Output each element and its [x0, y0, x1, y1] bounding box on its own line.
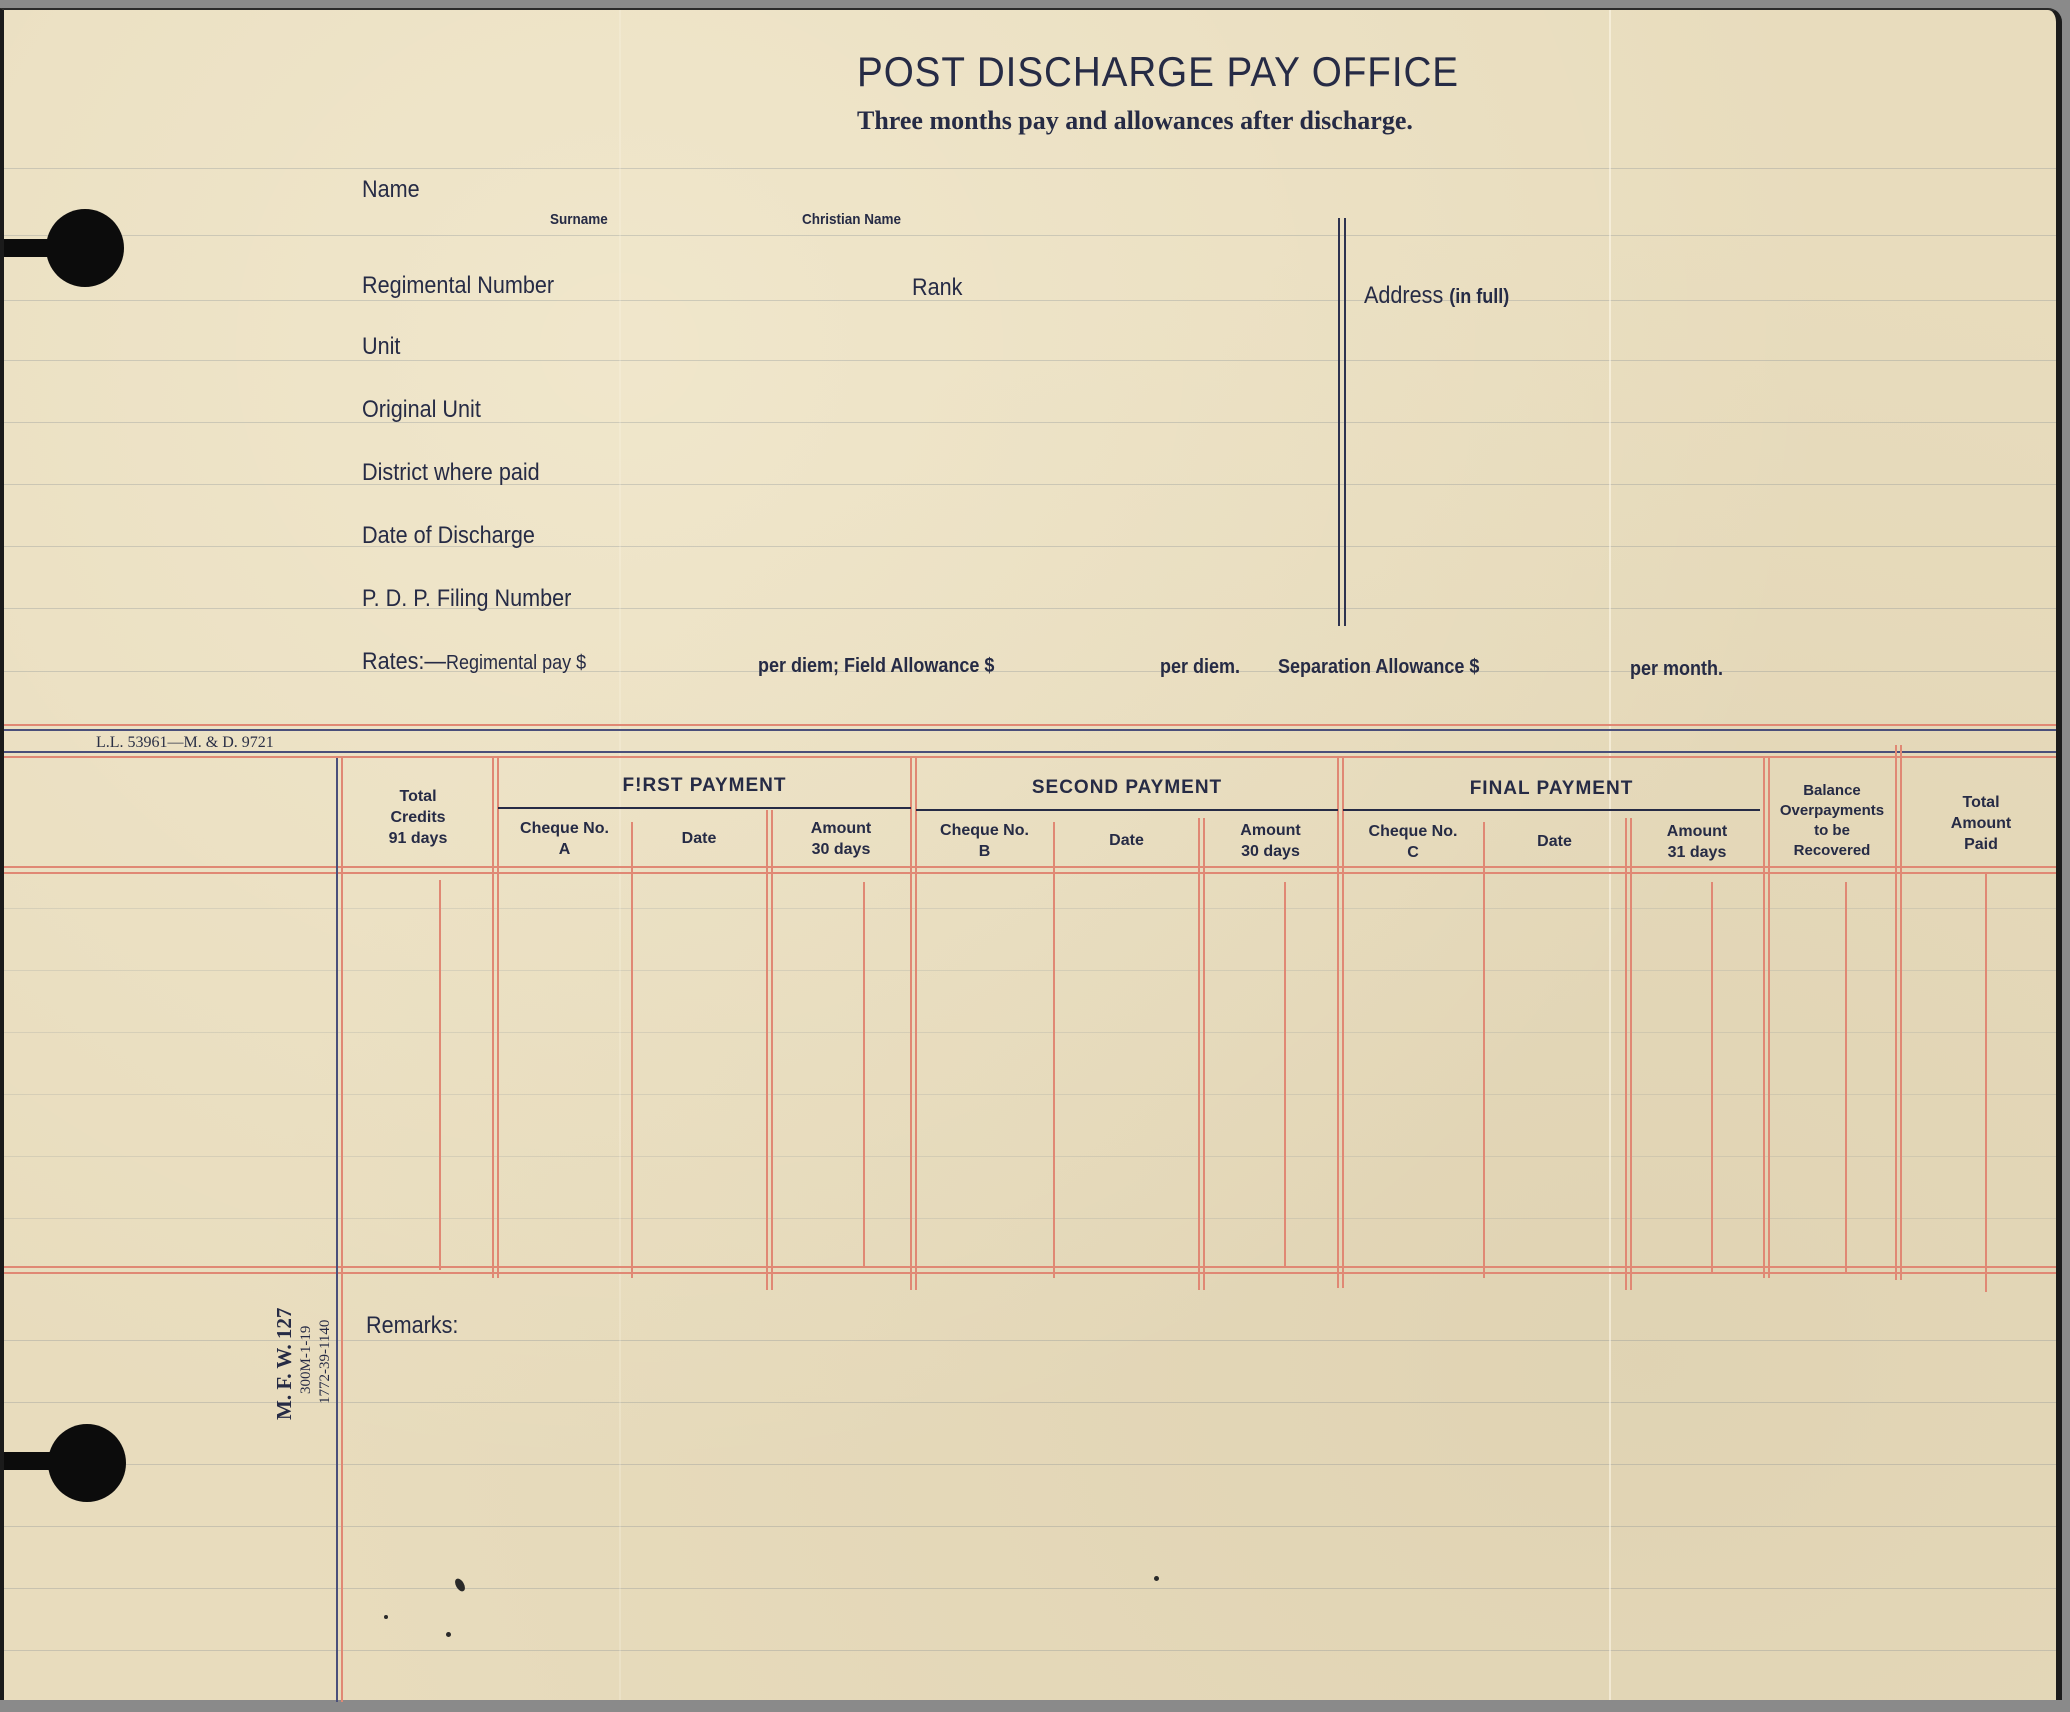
header-first-payment: F!RST PAYMENT — [498, 775, 911, 797]
cents-line — [439, 880, 441, 1270]
form-code-print-run: 300M-1-19 — [298, 1326, 315, 1394]
ruled-line — [4, 671, 2056, 672]
column-divider — [492, 758, 494, 1278]
sub-column-divider — [1483, 822, 1485, 1278]
ink-speck — [1154, 1576, 1159, 1581]
table-header-bottom — [4, 866, 2056, 868]
cents-line — [1985, 872, 1987, 1292]
ruled-line — [4, 422, 2056, 423]
ruled-line — [4, 970, 2056, 971]
table-header-bottom — [4, 872, 2056, 874]
ruled-line — [4, 1526, 2056, 1527]
column-divider — [1763, 758, 1765, 1278]
ruled-line — [4, 1094, 2056, 1095]
label-name: Name — [362, 176, 420, 204]
group-underline-final — [1343, 809, 1760, 811]
label-separation-allowance: Separation Allowance $ — [1278, 656, 1479, 679]
ruled-line — [4, 168, 2056, 169]
ruled-line — [4, 1588, 2056, 1589]
column-divider — [910, 758, 912, 1290]
header-final-payment: FINAL PAYMENT — [1343, 778, 1760, 800]
header-total-amount-paid: Total Amount Paid — [1901, 792, 2061, 855]
margin-line — [341, 758, 343, 1702]
address-divider — [1344, 218, 1346, 626]
ruled-line — [4, 1032, 2056, 1033]
label-regimental-number: Regimental Number — [362, 272, 554, 300]
column-divider — [1895, 745, 1897, 1280]
label-unit: Unit — [362, 333, 400, 361]
ink-speck — [453, 1577, 467, 1593]
sub-column-divider — [1053, 822, 1055, 1278]
sub-column-divider — [1625, 818, 1627, 1290]
header-cheque-c: Cheque No. C — [1343, 821, 1483, 863]
label-date-of-discharge: Date of Discharge — [362, 522, 535, 550]
label-regimental-pay: Regimental pay $ — [446, 652, 586, 674]
header-second-payment: SECOND PAYMENT — [916, 777, 1338, 799]
ink-speck — [384, 1615, 388, 1619]
sub-column-divider — [1203, 818, 1205, 1290]
label-remarks: Remarks: — [366, 1312, 458, 1340]
header-amount-second: Amount 30 days — [1204, 820, 1337, 862]
label-field-allowance: per diem; Field Allowance $ — [758, 655, 994, 678]
sub-column-divider — [771, 810, 773, 1290]
label-surname: Surname — [550, 211, 608, 228]
ruled-line — [4, 235, 2056, 236]
separator-line — [4, 751, 2056, 753]
separator-line — [4, 756, 2056, 758]
label-christian-name: Christian Name — [802, 211, 901, 228]
column-divider — [1337, 758, 1339, 1288]
fold-crease — [1609, 10, 1611, 1700]
rates-line: Rates:—Regimental pay $ — [362, 648, 586, 676]
punch-hole-bottom — [48, 1424, 126, 1502]
punch-hole-top — [46, 209, 124, 287]
page-subtitle: Three months pay and allowances after di… — [857, 106, 1413, 136]
print-code: L.L. 53961—M. & D. 9721 — [96, 734, 274, 752]
ruled-line — [4, 1464, 2056, 1465]
form-sheet: POST DISCHARGE PAY OFFICE Three months p… — [0, 8, 2062, 1700]
header-date-first: Date — [632, 828, 766, 849]
header-amount-final: Amount 31 days — [1631, 821, 1763, 863]
ruled-line — [4, 1650, 2056, 1651]
address-divider — [1338, 218, 1340, 626]
sub-column-divider — [631, 822, 633, 1278]
ruled-line — [4, 1402, 2056, 1403]
sub-column-divider — [766, 810, 768, 1290]
separator-line — [4, 724, 2056, 726]
ruled-line — [4, 300, 2056, 301]
separator-line — [4, 729, 2056, 731]
table-body-bottom — [4, 1272, 2056, 1274]
table-body-bottom — [4, 1266, 2056, 1268]
cents-line — [1711, 882, 1713, 1272]
ruled-line — [4, 608, 2056, 609]
header-total-credits: Total Credits 91 days — [344, 786, 492, 849]
ruled-line — [4, 1218, 2056, 1219]
label-pdp-filing-number: P. D. P. Filing Number — [362, 585, 571, 613]
form-code-serial: 1772-39-1140 — [317, 1320, 334, 1404]
ruled-line — [4, 484, 2056, 485]
ruled-line — [4, 546, 2056, 547]
label-rank: Rank — [912, 274, 962, 302]
label-district-where-paid: District where paid — [362, 459, 540, 487]
ruled-line — [4, 360, 2056, 361]
rates-prefix: Rates:— — [362, 648, 446, 675]
header-cheque-b: Cheque No. B — [916, 820, 1053, 862]
header-date-second: Date — [1054, 830, 1199, 851]
label-per-month: per month. — [1630, 658, 1723, 681]
form-code-main: M. F. W. 127 — [272, 1308, 297, 1420]
header-amount-first: Amount 30 days — [772, 818, 910, 860]
header-cheque-a: Cheque No. A — [498, 818, 631, 860]
cents-line — [1845, 882, 1847, 1272]
margin-line — [336, 758, 338, 1702]
label-original-unit: Original Unit — [362, 396, 481, 424]
label-address-note: (in full) — [1449, 286, 1509, 308]
label-address: Address (in full) — [1364, 282, 1509, 310]
cents-line — [863, 882, 865, 1266]
ruled-line — [4, 908, 2056, 909]
ink-speck — [446, 1632, 451, 1637]
label-per-diem: per diem. — [1160, 656, 1240, 679]
sub-column-divider — [1198, 818, 1200, 1290]
group-underline-first — [498, 807, 911, 809]
header-balance-overpayments: Balance Overpayments to be Recovered — [1769, 781, 1895, 861]
ruled-line — [4, 1156, 2056, 1157]
header-date-final: Date — [1484, 831, 1625, 852]
page-title: POST DISCHARGE PAY OFFICE — [857, 48, 1459, 96]
group-underline-second — [916, 809, 1338, 811]
sub-column-divider — [1630, 818, 1632, 1290]
cents-line — [1284, 882, 1286, 1266]
